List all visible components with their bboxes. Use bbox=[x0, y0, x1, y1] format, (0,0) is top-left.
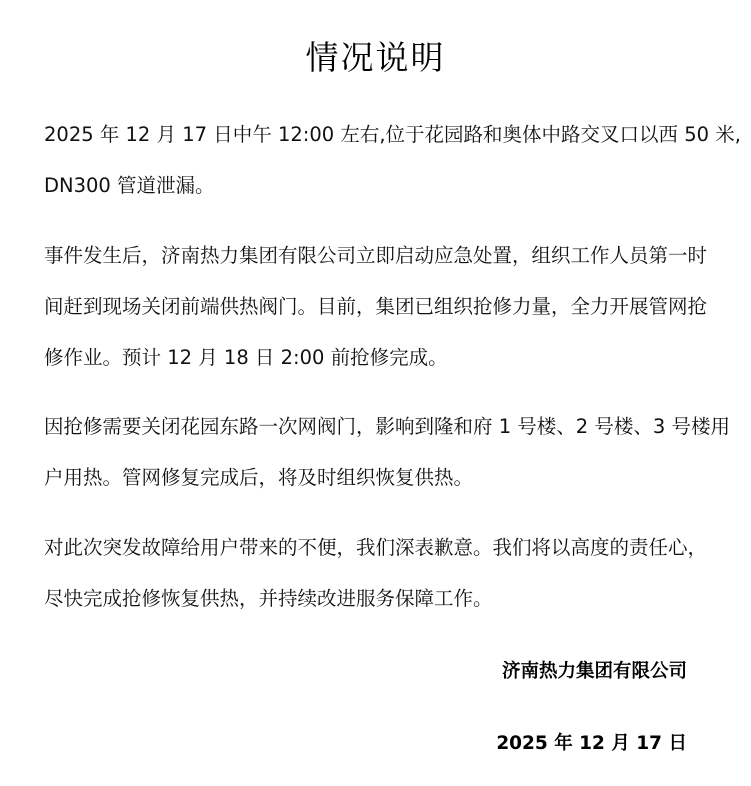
paragraph-line: DN300 管道泄漏。 bbox=[44, 160, 694, 211]
paragraph-line: 对此次突发故障给用户带来的不便，我们深表歉意。我们将以高度的责任心， bbox=[44, 522, 694, 573]
paragraph-line: 2025 年 12 月 17 日中午 12:00 左右,位于花园路和奥体中路交叉… bbox=[44, 109, 694, 160]
signature-date: 2025 年 12 月 17 日 bbox=[496, 732, 687, 756]
paragraph-line: 尽快完成抢修恢复供热，并持续改进服务保障工作。 bbox=[44, 573, 694, 624]
signature-organization: 济南热力集团有限公司 bbox=[502, 660, 687, 684]
paragraph-line: 间赶到现场关闭前端供热阀门。目前，集团已组织抢修力量，全力开展管网抢 bbox=[44, 281, 694, 332]
paragraph-impact: 因抢修需要关闭花园东路一次网阀门，影响到隆和府 1 号楼、2 号楼、3 号楼用 … bbox=[44, 401, 694, 503]
paragraph-line: 修作业。预计 12 月 18 日 2:00 前抢修完成。 bbox=[44, 332, 694, 383]
document-title: 情况说明 bbox=[0, 36, 751, 80]
paragraph-line: 事件发生后，济南热力集团有限公司立即启动应急处置，组织工作人员第一时 bbox=[44, 230, 694, 281]
paragraph-line: 户用热。管网修复完成后，将及时组织恢复供热。 bbox=[44, 452, 694, 503]
paragraph-response: 事件发生后，济南热力集团有限公司立即启动应急处置，组织工作人员第一时 间赶到现场… bbox=[44, 230, 694, 383]
paragraph-line: 因抢修需要关闭花园东路一次网阀门，影响到隆和府 1 号楼、2 号楼、3 号楼用 bbox=[44, 401, 694, 452]
paragraph-apology: 对此次突发故障给用户带来的不便，我们深表歉意。我们将以高度的责任心， 尽快完成抢… bbox=[44, 522, 694, 624]
paragraph-incident: 2025 年 12 月 17 日中午 12:00 左右,位于花园路和奥体中路交叉… bbox=[44, 109, 694, 211]
